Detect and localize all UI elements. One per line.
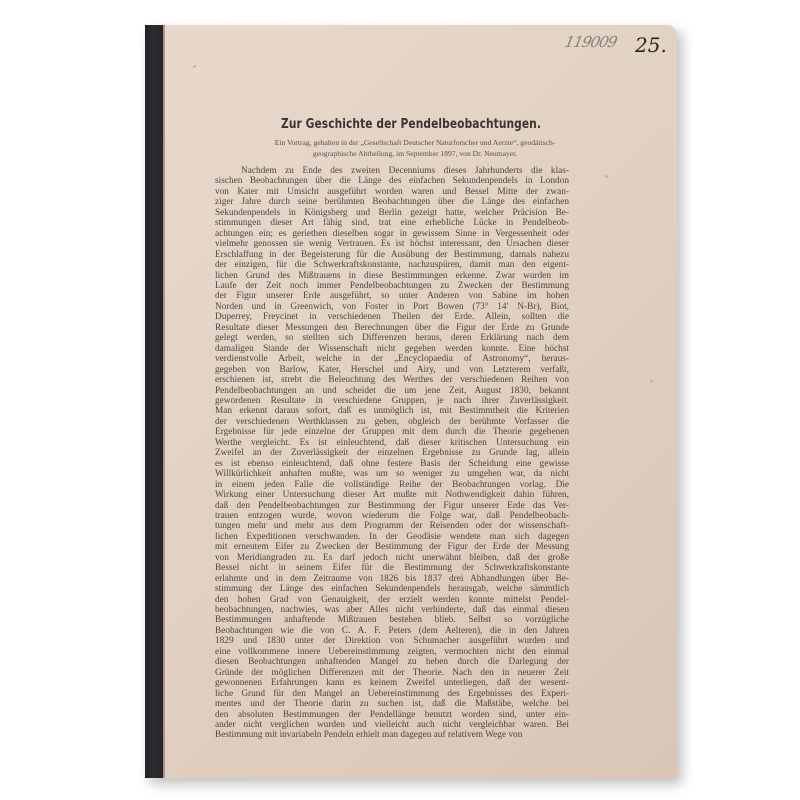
body-line: gewonnenen Erfahrungen kann es keinem Zw… [215,678,569,688]
body-line: es ist ebenso einleuchtend, daß ohne fes… [215,459,569,469]
body-line: stimmung der Länge des einfachen Sekunde… [215,584,569,594]
body-line: Wirkung einer Untersuchung dieser Art mu… [215,490,569,500]
body-line: achtungen ein; es geriethen dieselben so… [215,229,569,239]
body-line: eine vollkommene innere Uebereinstimmung… [215,647,569,657]
body-line: mentes und der Theorie darin zu suchen i… [215,699,569,709]
body-line: vielmehr genossen sie wenig Vertrauen. E… [215,239,569,249]
subtitle-line: Ein Vortrag, gehalten in der „Gesellscha… [215,137,615,148]
body-line: stimmungen dieser Art fähig sind, trat e… [215,218,569,228]
body-line: der einzigen, für die Schwerkraftskonsta… [215,260,569,270]
body-line: Laufe der Zeit noch immer Pendelbeobacht… [215,281,569,291]
body-line: Man erkennt daraus sofort, daß es unmögl… [215,406,569,416]
body-line: Willkürlichkeit anhaften mußte, was um s… [215,469,569,479]
spine-edge [163,25,165,778]
body-line: von Kater mit Umsicht ausgeführt worden … [215,187,569,197]
body-line: den absoluten Bestimmungen der Pendellän… [215,710,569,720]
body-line: von Meridiangraden zu. Es darf jedoch ni… [215,553,569,563]
body-line: tungen mehr und mehr aus dem Programm de… [215,521,569,531]
binding-spine [145,25,163,778]
handwritten-catalog-number: 119009 [563,33,618,51]
body-line: Sekundenpendels in Königsberg und Berlin… [215,208,569,218]
body-line: liche Grund für den Mangel an Uebereinst… [215,689,569,699]
document-body: Nachdem zu Ende des zweiten Decenniums d… [215,166,569,741]
body-line: erlahmte und in dem Zeitraume von 1826 b… [215,574,569,584]
body-line: ziger Jahre durch seine berühmten Beobac… [215,197,569,207]
body-line: Beobachtungen wie die von C. A. F. Peter… [215,626,569,636]
body-line: in einem jeden Falle die vollständige Re… [215,480,569,490]
document-page: 119009 25. Zur Geschichte der Pendelbeob… [145,25,677,778]
body-line: lichen Expeditionen verschwanden. In der… [215,532,569,542]
body-line: gewordenen Resultate in verschiedene Gru… [215,396,569,406]
body-line: den hohen Grad von Genauigkeit, der erzi… [215,595,569,605]
body-line: 1829 und 1830 unter der Direktion von Sc… [215,636,569,646]
subtitle-line: geographische Abtheilung, im September 1… [215,148,615,159]
body-line: Ergebnisse für jede einzelne der Gruppen… [215,427,569,437]
body-line: Bestimmungen anhaftende Mißtrauen besteh… [215,615,569,625]
handwritten-page-number: 25. [635,33,667,57]
body-line: mit erneutem Eifer zu Zwecken der Bestim… [215,542,569,552]
body-line: der verschiedenen Werthklassen zu geben,… [215,417,569,427]
paper-spot [605,175,608,178]
body-line: Pendelbeobachtungen an und scheidet die … [215,386,569,396]
body-line: Zweifel an der Zuverlässigkeit der einze… [215,448,569,458]
body-line: beobachtungen, nachwies, was aber Alles … [215,605,569,615]
body-line: gegeben von Barlow, Kater, Herschel und … [215,365,569,375]
body-line: verdienstvolle Arbeit, welche in der „En… [215,354,569,364]
body-line: Werthe vergleicht. Es ist einleuchtend, … [215,438,569,448]
body-line: erschienen ist, strebt die Beleuchtung d… [215,375,569,385]
document-subtitle: Ein Vortrag, gehalten in der „Gesellscha… [215,137,615,159]
paper-spot [650,380,653,383]
body-line: Norden und in Greenwich, von Foster in P… [215,302,569,312]
body-line: trauen entzogen wurde, wovon wiederum di… [215,511,569,521]
body-line: diesen Beobachtungen anhaftenden Mangel … [215,657,569,667]
body-line: Duperrey, Freycinet in verschiedenen The… [215,312,569,322]
body-line: ander nicht verglichen wurden und vielle… [215,720,569,730]
body-line: daß den Pendelbeobachtungen zur Bestimmu… [215,501,569,511]
body-line: der Figur unserer Erde ausgeführt, so un… [215,291,569,301]
document-title: Zur Geschichte der Pendelbeobachtungen. [193,117,629,132]
body-line: Resultate dieser Messungen den Berechnun… [215,323,569,333]
body-line: lichen Grund des Mißtrauens in diese Bes… [215,271,569,281]
body-line: gelegt werden, so stellten sich Differen… [215,333,569,343]
body-line: Erschlaffung in der Begeisterung für die… [215,250,569,260]
body-line: sischen Beobachtungen über die Länge des… [215,176,569,186]
body-line: Bessel nicht in seinem Eifer für die Bes… [215,563,569,573]
body-line: Gründe der möglichen Differenzen mit der… [215,668,569,678]
body-line: Bestimmung mit invariabeln Pendeln erhie… [215,730,569,740]
body-line: damaligen Stande der Wissenschaft nicht … [215,344,569,354]
paper-spot [193,65,196,68]
body-line: Nachdem zu Ende des zweiten Decenniums d… [215,166,569,176]
